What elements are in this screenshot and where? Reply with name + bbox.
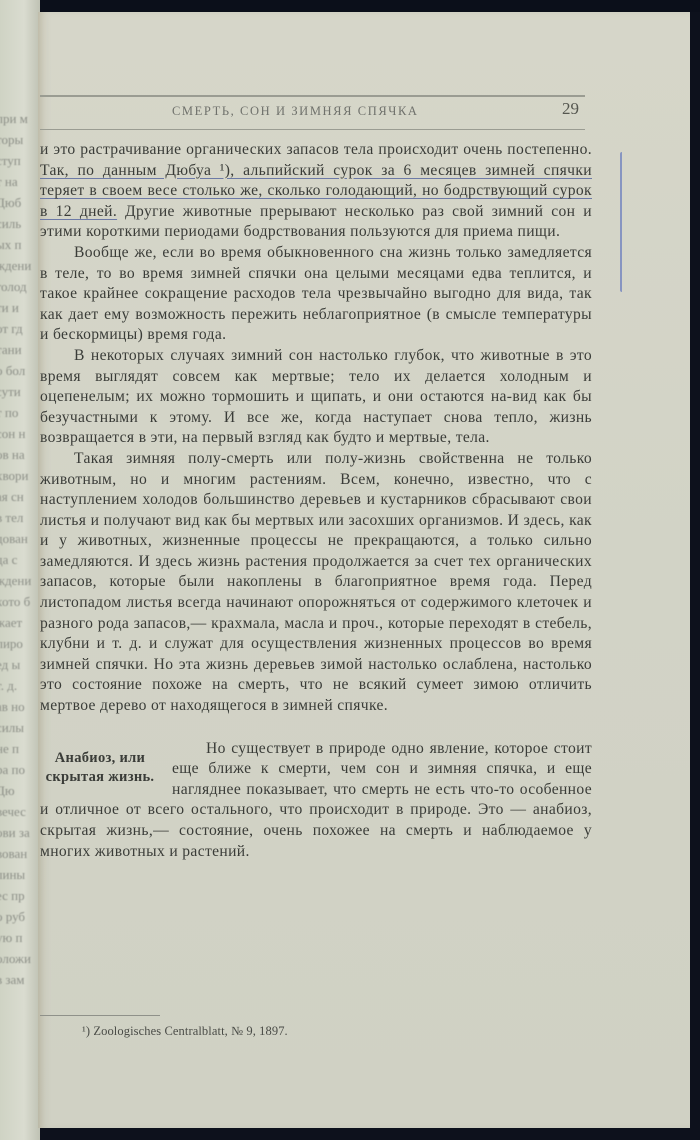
previous-page-text-fragment: силь: [0, 213, 40, 234]
paragraph-3: В некоторых случаях зимний сон настолько…: [40, 346, 592, 449]
previous-page-text-fragment: торы: [0, 129, 40, 150]
previous-page-text-fragment: ых п: [0, 234, 40, 255]
previous-page-text-fragment: ед ы: [0, 654, 40, 675]
running-title: СМЕРТЬ, СОН И ЗИМНЯЯ СПЯЧКА: [172, 104, 419, 119]
pencil-margin-mark: [620, 152, 630, 292]
previous-page-text-fragment: ждени: [0, 570, 40, 591]
previous-page-text-fragment: т по: [0, 402, 40, 423]
paragraph-text: Другие животные прерывают несколько раз …: [40, 203, 592, 241]
previous-page-text-fragment: ую п: [0, 927, 40, 948]
previous-page-text-fragment: в тел: [0, 507, 40, 528]
photo-background-top: [38, 0, 700, 12]
paragraph-1: и это растрачивание органических запасов…: [40, 140, 592, 243]
previous-page-text-fragment: о бол: [0, 360, 40, 381]
previous-page-text-fragment: хото б: [0, 591, 40, 612]
paragraph-4: Такая зимняя полу-смерть или полу-жизнь …: [40, 449, 592, 717]
previous-page-text-fragment: в зам: [0, 969, 40, 990]
body-text: и это растрачивание органических запасов…: [40, 140, 592, 862]
previous-page-text-fragment: ов на: [0, 444, 40, 465]
previous-page-text-fragment: ждени: [0, 255, 40, 276]
previous-page-text-fragment: силы: [0, 717, 40, 738]
previous-page-text-fragment: ес пр: [0, 885, 40, 906]
paragraph-text: и это растрачивание органических запасов…: [40, 141, 592, 158]
side-heading: Анабиоз, или скрытая жизнь.: [40, 749, 160, 787]
previous-page-text-fragment: вован: [0, 843, 40, 864]
previous-page-text-fragment: ступ: [0, 150, 40, 171]
previous-page-text-fragment: ая сн: [0, 486, 40, 507]
previous-page-text-fragment: хвори: [0, 465, 40, 486]
anabiosis-section: Анабиоз, или скрытая жизнь. Но существуе…: [40, 739, 592, 863]
previous-page-text-fragment: при м: [0, 108, 40, 129]
previous-page-text-fragment: оложи: [0, 948, 40, 969]
previous-page-text-fragment: ови за: [0, 822, 40, 843]
previous-page-text-fragment: голод: [0, 276, 40, 297]
previous-page-text-fragment: сути: [0, 381, 40, 402]
previous-page-text-fragment: Дюб: [0, 192, 40, 213]
previous-page-edge: при мторыступт наДюбсильых пждениголодти…: [0, 0, 40, 1140]
previous-page-text-fragment: т. д.: [0, 675, 40, 696]
running-header: СМЕРТЬ, СОН И ЗИМНЯЯ СПЯЧКА 29: [40, 95, 585, 130]
footnote-divider: [40, 1015, 160, 1016]
previous-page-text-fragment: жает: [0, 612, 40, 633]
previous-page-text-fragment: пиро: [0, 633, 40, 654]
page-number: 29: [562, 99, 579, 119]
previous-page-text-fragment: вечес: [0, 801, 40, 822]
previous-page-text-fragment: сон н: [0, 423, 40, 444]
previous-page-text-fragment: о руб: [0, 906, 40, 927]
previous-page-text-fragment: ав но: [0, 696, 40, 717]
footnote-text: Zoologisches Centralblatt, № 9, 1897.: [93, 1024, 287, 1038]
book-page: СМЕРТЬ, СОН И ЗИМНЯЯ СПЯЧКА 29 и это рас…: [38, 12, 690, 1128]
previous-page-text-fragment: от гд: [0, 318, 40, 339]
previous-page-text-fragment: да с: [0, 549, 40, 570]
previous-page-text-fragment: дован: [0, 528, 40, 549]
previous-page-text-fragment: ра по: [0, 759, 40, 780]
footnote-marker: ¹): [82, 1024, 90, 1038]
paragraph-2: Вообще же, если во время обыкновенного с…: [40, 243, 592, 346]
previous-page-text-fragment: лины: [0, 864, 40, 885]
footnote: ¹) Zoologisches Centralblatt, № 9, 1897.: [82, 1024, 288, 1039]
previous-page-text-fragment: тани: [0, 339, 40, 360]
previous-page-text-fragment: не п: [0, 738, 40, 759]
previous-page-text-fragment: Дю: [0, 780, 40, 801]
previous-page-text-fragment: т на: [0, 171, 40, 192]
previous-page-text-fragment: ти и: [0, 297, 40, 318]
